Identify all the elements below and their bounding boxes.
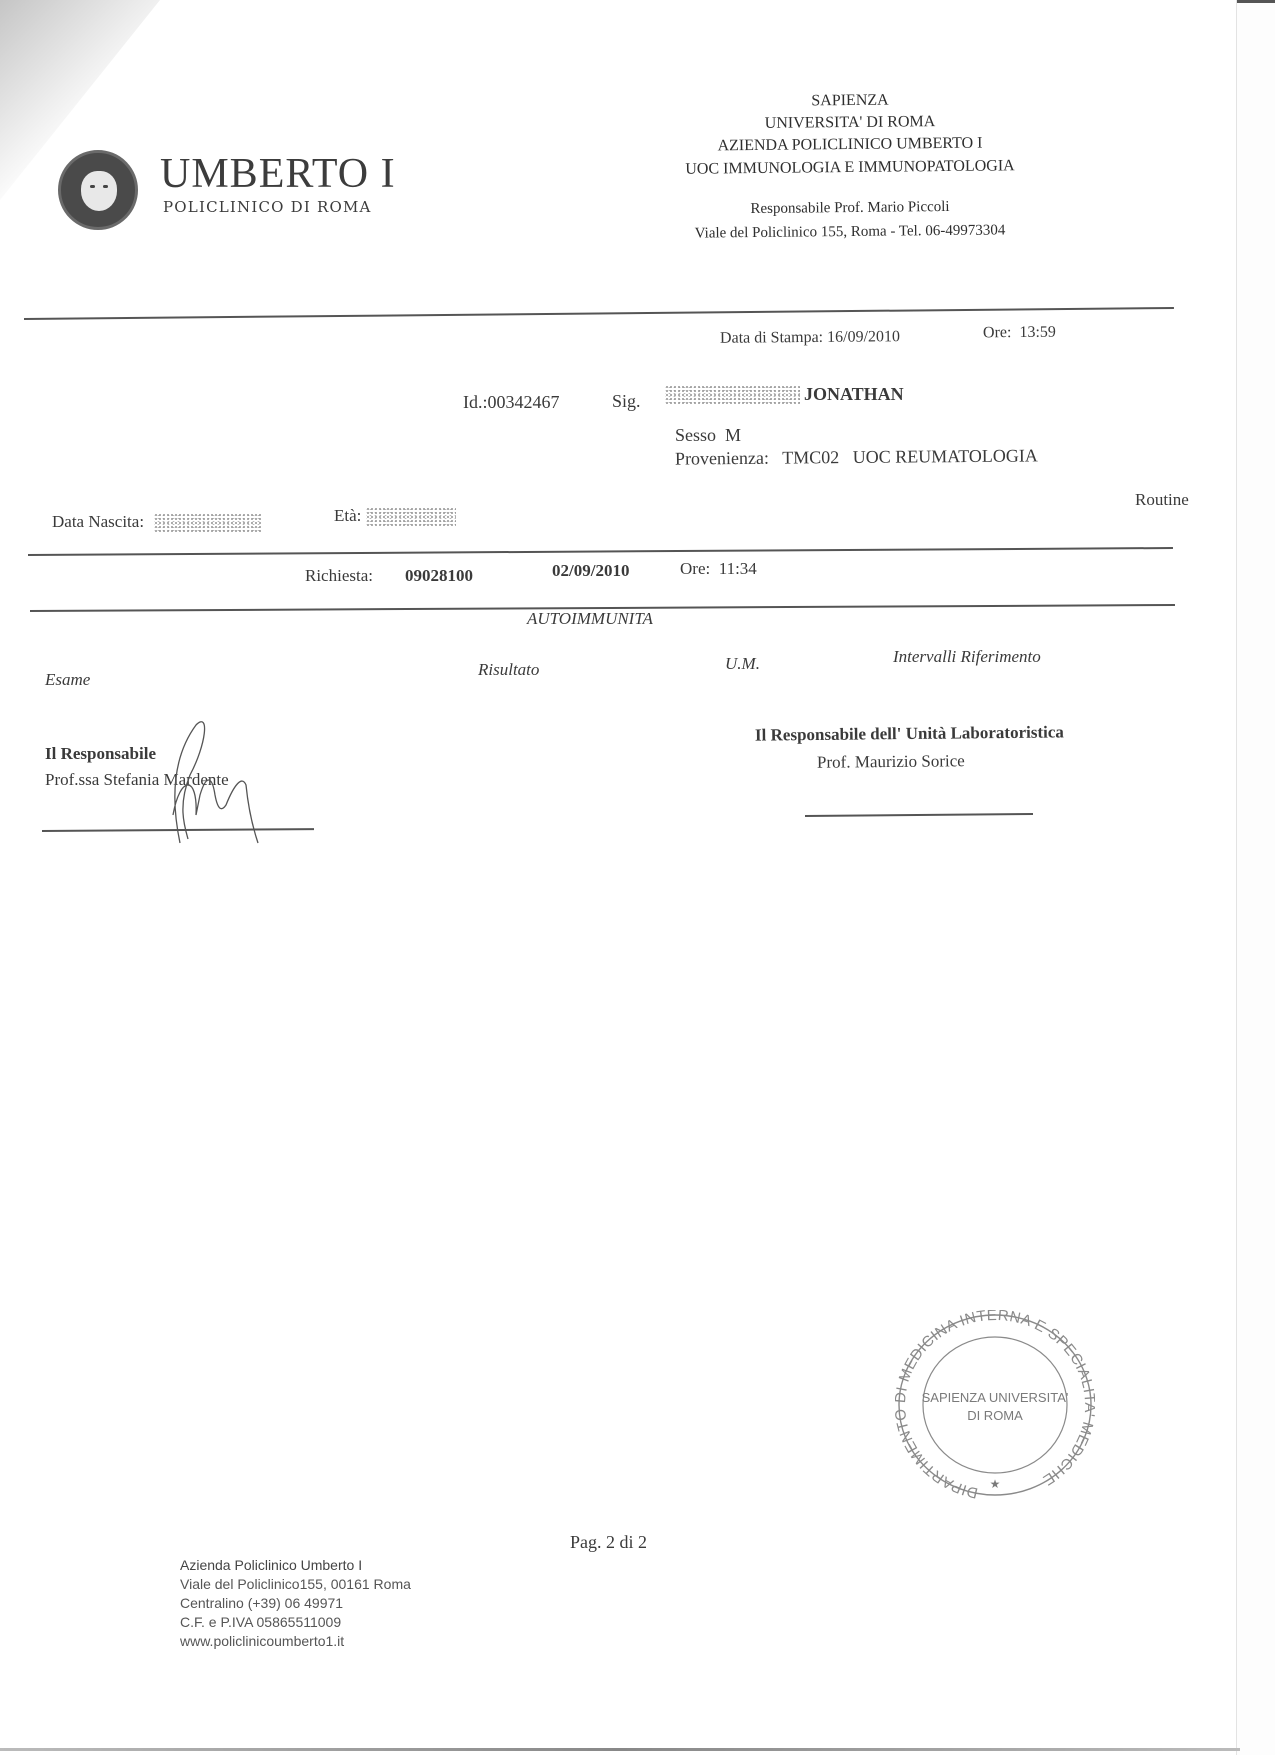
footer-website-link[interactable]: www.policlinicoumberto1.it xyxy=(180,1632,411,1651)
patient-id-value: 00342467 xyxy=(488,392,560,412)
footer-line: C.F. e P.IVA 05865511009 xyxy=(180,1613,411,1632)
patient-title: Sig. xyxy=(612,391,641,412)
header-address: Viale del Policlinico 155, Roma - Tel. 0… xyxy=(600,221,1100,243)
svg-text:DIPARTIMENTO DI MEDICINA INTER: DIPARTIMENTO DI MEDICINA INTERNA E SPECI… xyxy=(895,1310,1095,1500)
footer-line: Viale del Policlinico155, 00161 Roma xyxy=(180,1575,411,1594)
request-time-value: 11:34 xyxy=(719,559,757,578)
scan-bottom-edge xyxy=(0,1748,1240,1751)
scan-page-edge-cap xyxy=(1237,0,1275,3)
right-signature-title: Il Responsabile dell' Unità Laboratorist… xyxy=(755,722,1064,745)
medusa-seal-icon xyxy=(58,150,138,230)
footer-address: Azienda Policlinico Umberto I Viale del … xyxy=(180,1556,411,1651)
sex-label: Sesso xyxy=(675,425,716,445)
origin-code: TMC02 xyxy=(782,447,839,467)
print-date-value: 16/09/2010 xyxy=(827,328,900,346)
sex-value: M xyxy=(725,425,741,445)
origin-label: Provenienza: xyxy=(675,448,769,469)
print-date: Data di Stampa: 16/09/2010 xyxy=(720,328,900,348)
stamp-inner-line1: SAPIENZA UNIVERSITA' xyxy=(922,1390,1069,1405)
stamp-inner-line2: DI ROMA xyxy=(967,1408,1023,1423)
footer-line: Centralino (+39) 06 49971 xyxy=(180,1594,411,1613)
request-label: Richiesta: xyxy=(305,566,373,586)
origin-dept: UOC REUMATOLOGIA xyxy=(853,445,1038,467)
header-line: UNIVERSITA' DI ROMA xyxy=(600,111,1100,134)
age: Età: xyxy=(334,506,456,527)
request-number: 09028100 xyxy=(405,566,473,586)
scan-page-edge xyxy=(1236,0,1275,1755)
section-title: AUTOIMMUNITA xyxy=(527,609,653,629)
header-line: UOC IMMUNOLOGIA E IMMUNOPATOLOGIA xyxy=(600,156,1100,179)
header-responsabile: Responsabile Prof. Mario Piccoli xyxy=(600,197,1100,219)
request-time-label: Ore: xyxy=(680,559,710,578)
print-time-value: 13:59 xyxy=(1019,324,1056,341)
birth-date-label: Data Nascita: xyxy=(52,512,144,531)
age-label: Età: xyxy=(334,506,361,525)
patient-name: JONATHAN xyxy=(665,384,904,405)
request-date: 02/09/2010 xyxy=(552,561,629,581)
header-line: AZIENDA POLICLINICO UMBERTO I xyxy=(600,133,1100,156)
redacted-birth-date xyxy=(154,513,262,533)
redacted-surname xyxy=(665,385,800,405)
patient-first-name: JONATHAN xyxy=(804,384,904,404)
patient-origin: Provenienza: TMC02 UOC REUMATOLOGIA xyxy=(675,445,1038,469)
column-um: U.M. xyxy=(725,654,760,674)
stamp-outer-text: DIPARTIMENTO DI MEDICINA INTERNA E SPECI… xyxy=(895,1310,1095,1500)
header-divider xyxy=(24,307,1174,320)
column-esame: Esame xyxy=(45,670,90,690)
birth-date: Data Nascita: xyxy=(52,512,262,533)
right-signature-line xyxy=(805,813,1033,817)
logo-title: UMBERTO I xyxy=(160,150,396,198)
patient-id-label: Id.: xyxy=(463,392,488,412)
footer-line: Azienda Policlinico Umberto I xyxy=(180,1556,411,1575)
priority-label: Routine xyxy=(1135,490,1189,510)
print-date-label: Data di Stampa: xyxy=(720,329,823,347)
request-time: Ore: 11:34 xyxy=(680,559,757,579)
redacted-age xyxy=(366,507,456,527)
handwritten-signature-icon xyxy=(140,715,300,855)
logo-subtitle: POLICLINICO DI ROMA xyxy=(163,198,372,216)
page-number: Pag. 2 di 2 xyxy=(570,1532,647,1553)
medusa-face-icon xyxy=(81,171,117,211)
department-stamp-icon: DIPARTIMENTO DI MEDICINA INTERNA E SPECI… xyxy=(895,1310,1095,1500)
column-intervalli: Intervalli Riferimento xyxy=(893,647,1041,667)
print-time-label: Ore: xyxy=(983,324,1012,341)
column-risultato: Risultato xyxy=(478,660,539,680)
right-signature-name: Prof. Maurizio Sorice xyxy=(817,751,965,773)
patient-divider xyxy=(28,547,1173,555)
header-line: SAPIENZA xyxy=(600,89,1100,112)
patient-sex: Sesso M xyxy=(675,425,741,446)
stamp-star-icon: ★ xyxy=(990,1477,1001,1491)
patient-id: Id.:00342467 xyxy=(463,392,560,413)
print-time: Ore: 13:59 xyxy=(983,324,1056,343)
